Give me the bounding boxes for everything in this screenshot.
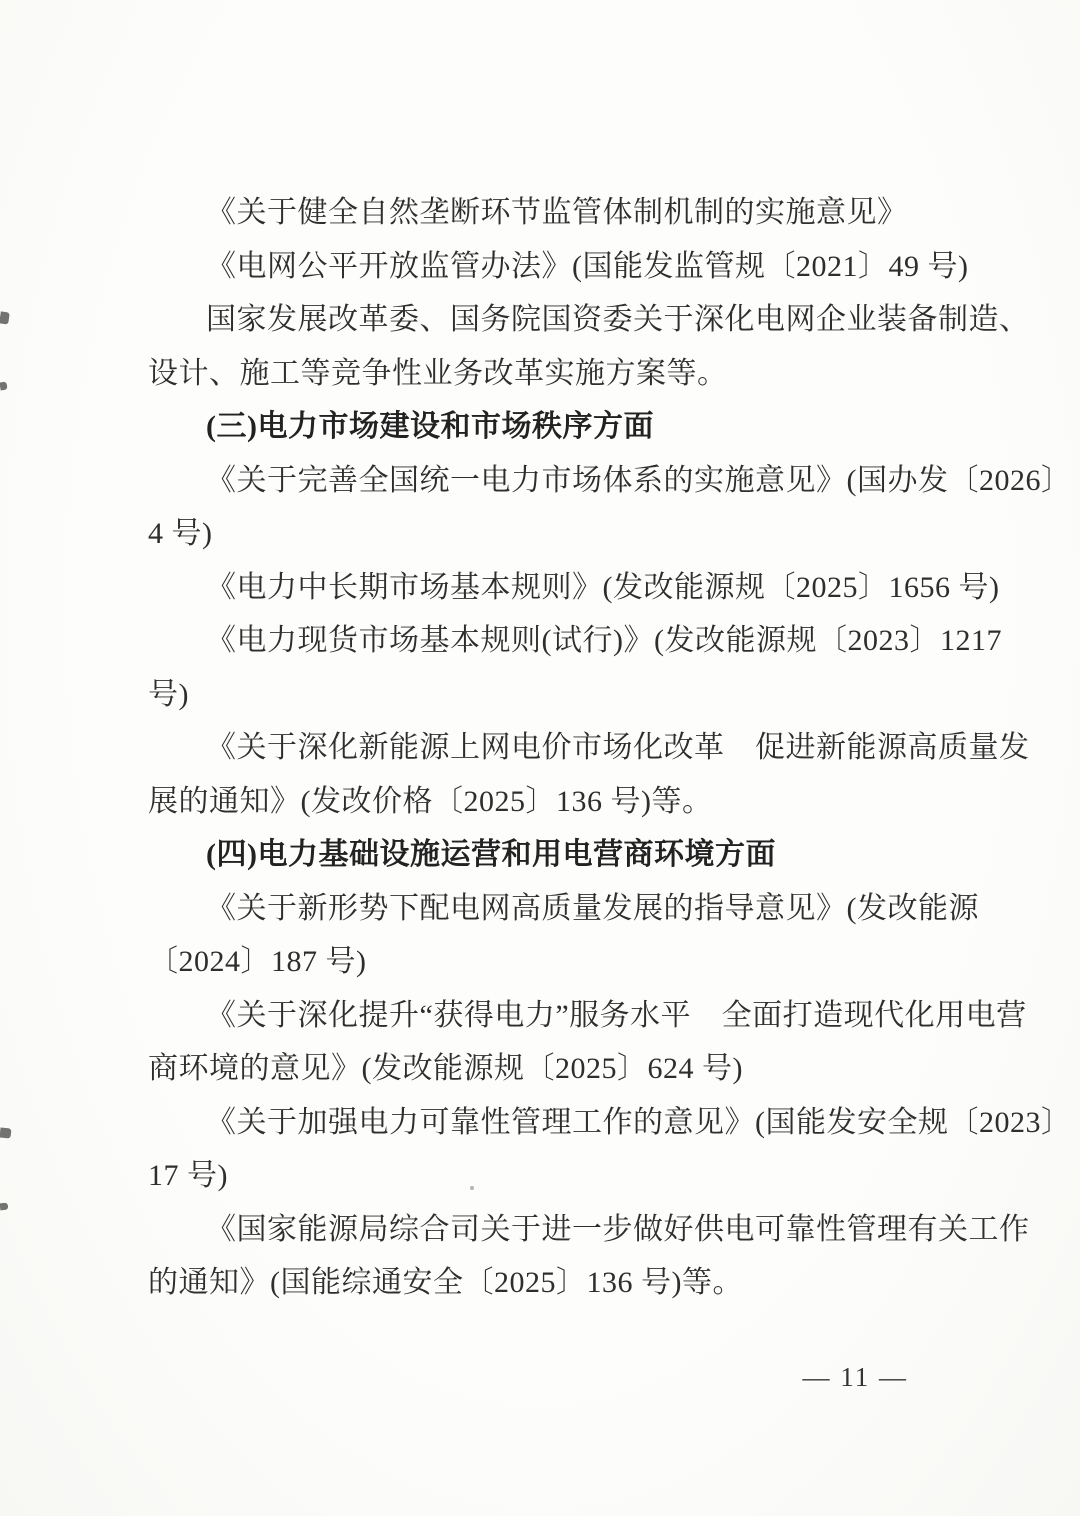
text-line: 17 号) — [148, 1149, 978, 1203]
text-line: 设计、施工等竞争性业务改革实施方案等。 — [148, 347, 978, 401]
text-line: 《关于健全自然垄断环节监管体制机制的实施意见》 — [148, 186, 978, 240]
text-line: 国家发展改革委、国务院国资委关于深化电网企业装备制造、 — [148, 293, 978, 347]
section-heading: (三)电力市场建设和市场秩序方面 — [148, 400, 978, 454]
text-line: 《关于深化新能源上网电价市场化改革 促进新能源高质量发 — [148, 721, 978, 775]
section-heading: (四)电力基础设施运营和用电营商环境方面 — [148, 828, 978, 882]
text-line: 展的通知》(发改价格〔2025〕136 号)等。 — [148, 775, 978, 829]
text-line: 《电网公平开放监管办法》(国能发监管规〔2021〕49 号) — [148, 240, 978, 294]
text-line: 4 号) — [148, 507, 978, 561]
page-number: — 11 — — [803, 1362, 909, 1393]
text-line: 《关于新形势下配电网高质量发展的指导意见》(发改能源 — [148, 882, 978, 936]
text-line: 《关于加强电力可靠性管理工作的意见》(国能发安全规〔2023〕 — [148, 1096, 978, 1150]
scan-artifact — [0, 381, 8, 390]
text-line: 〔2024〕187 号) — [148, 935, 978, 989]
scan-artifact — [0, 1127, 11, 1138]
scan-artifact — [0, 1203, 8, 1211]
scan-artifact — [470, 1186, 474, 1190]
text-line: 《关于完善全国统一电力市场体系的实施意见》(国办发〔2026〕 — [148, 454, 978, 508]
text-line: 《电力中长期市场基本规则》(发改能源规〔2025〕1656 号) — [148, 561, 978, 615]
text-line: 《电力现货市场基本规则(试行)》(发改能源规〔2023〕1217 — [148, 614, 978, 668]
text-line: 《国家能源局综合司关于进一步做好供电可靠性管理有关工作 — [148, 1203, 978, 1257]
text-line: 的通知》(国能综通安全〔2025〕136 号)等。 — [148, 1256, 978, 1310]
scan-artifact — [0, 311, 10, 324]
text-line: 《关于深化提升“获得电力”服务水平 全面打造现代化用电营 — [148, 989, 978, 1043]
text-line: 商环境的意见》(发改能源规〔2025〕624 号) — [148, 1042, 978, 1096]
text-line: 号) — [148, 668, 978, 722]
document-body: 《关于健全自然垄断环节监管体制机制的实施意见》《电网公平开放监管办法》(国能发监… — [148, 186, 978, 1310]
